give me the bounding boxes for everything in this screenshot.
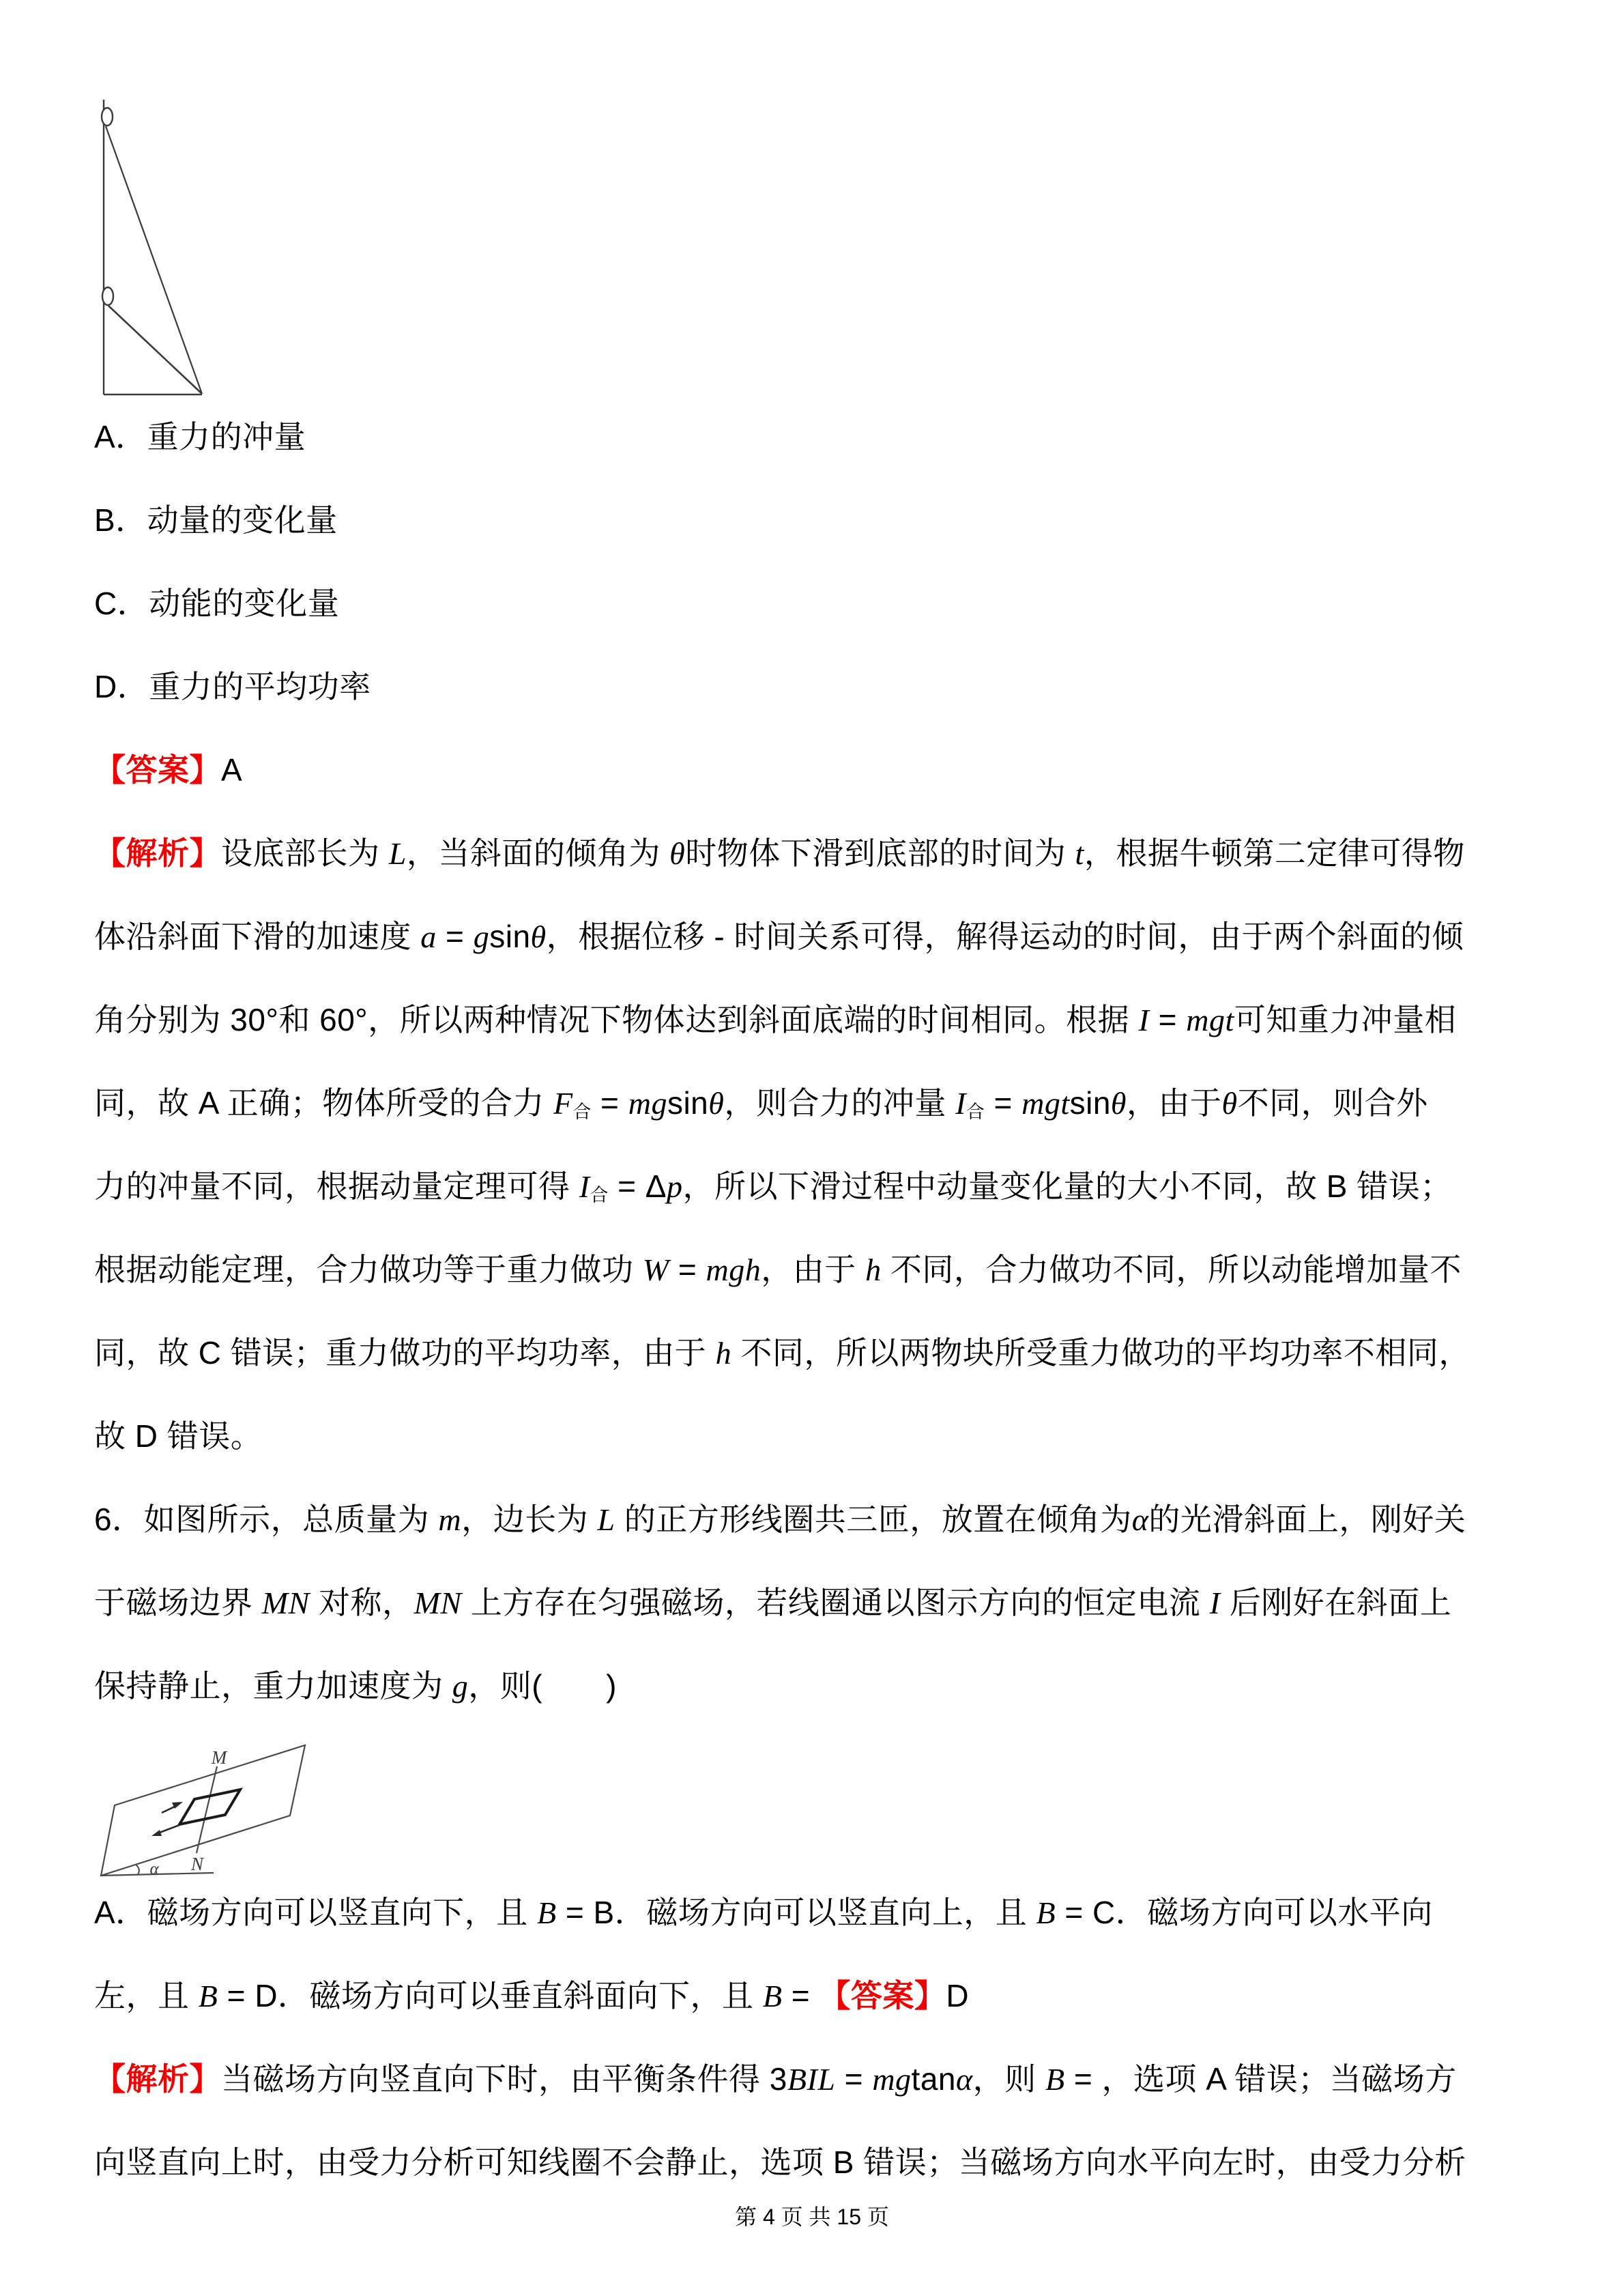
q5-analysis-line-1: 【解析】设底部长为 L，当斜面的倾角为 θ时物体下滑到底部的时间为 t，根据牛顿… bbox=[94, 812, 1545, 895]
q5-analysis-line-4: 同，故 A 正确；物体所受的合力 F合 = mgsinθ，则合力的冲量 I合 =… bbox=[94, 1061, 1545, 1145]
q6-question-line-2: 于磁场边界 MN 对称，MN 上方存在匀强磁场，若线圈通以图示方向的恒定电流 I… bbox=[94, 1561, 1545, 1644]
q6-options-line-2: 左，且 B = D．磁场方向可以垂直斜面向下，且 B = 【答案】D bbox=[94, 1954, 1545, 2037]
q6-question-line-1: 6．如图所示，总质量为 m，边长为 L 的正方形线圈共三匝，放置在倾角为α的光滑… bbox=[94, 1478, 1545, 1561]
steep-slope-line bbox=[106, 126, 202, 394]
q5-answer-line: 【答案】A bbox=[94, 728, 1545, 812]
coil-outline bbox=[179, 1790, 240, 1824]
ball-ring-middle-icon bbox=[102, 287, 113, 305]
q5-option-d: D．重力的平均功率 bbox=[94, 645, 1545, 728]
current-lead-out bbox=[160, 1825, 179, 1833]
q5-option-a: A．重力的冲量 bbox=[94, 395, 1545, 478]
q6-options-line-1: A．磁场方向可以竖直向下，且 B = B．磁场方向可以竖直向上，且 B = C．… bbox=[94, 1871, 1545, 1954]
q6-answer-block: A．磁场方向可以竖直向下，且 B = B．磁场方向可以竖直向上，且 B = C．… bbox=[94, 1871, 1545, 2204]
q6-question-line-3: 保持静止，重力加速度为 g，则( ) bbox=[94, 1644, 1545, 1727]
label-M: M bbox=[211, 1747, 228, 1768]
q6-coil-incline-figure: M N α bbox=[96, 1734, 328, 1891]
q5-analysis-line-3: 角分别为 30°和 60°，所以两种情况下物体达到斜面底端的时间相同。根据 I … bbox=[94, 978, 1545, 1061]
document-page: A．重力的冲量 B．动量的变化量 C．动能的变化量 D．重力的平均功率 【答案】… bbox=[0, 0, 1624, 2296]
q5-analysis-line-5: 力的冲量不同，根据动量定理可得 I合 = Δp，所以下滑过程中动量变化量的大小不… bbox=[94, 1145, 1545, 1228]
ball-ring-top-icon bbox=[102, 108, 113, 126]
q5-option-c: C．动能的变化量 bbox=[94, 562, 1545, 645]
q5-analysis-line-6: 根据动能定理，合力做功等于重力做功 W = mgh，由于 h 不同，合力做功不同… bbox=[94, 1228, 1545, 1311]
q5-analysis-line-7: 同，故 C 错误；重力做功的平均功率，由于 h 不同，所以两物块所受重力做功的平… bbox=[94, 1311, 1545, 1394]
page-footer: 第 4 页 共 15 页 bbox=[0, 2202, 1624, 2232]
q5-analysis-line-2: 体沿斜面下滑的加速度 a = gsinθ，根据位移 - 时间关系可得，解得运动的… bbox=[94, 895, 1545, 978]
q5-analysis-line-8: 故 D 错误。 bbox=[94, 1394, 1545, 1478]
shallow-slope-line bbox=[108, 306, 201, 393]
q5-option-b: B．动量的变化量 bbox=[94, 478, 1545, 562]
q5-q6-text-block: A．重力的冲量 B．动量的变化量 C．动能的变化量 D．重力的平均功率 【答案】… bbox=[94, 395, 1545, 1727]
q6-analysis-line-1: 【解析】当磁场方向竖直向下时，由平衡条件得 3BIL = mgtanα，则 B … bbox=[94, 2037, 1545, 2121]
q5-incline-figure bbox=[94, 96, 217, 399]
q6-analysis-line-2: 向竖直向上时，由受力分析可知线圈不会静止，选项 B 错误；当磁场方向水平向左时，… bbox=[94, 2121, 1545, 2204]
current-arrow-out-icon bbox=[151, 1830, 162, 1836]
